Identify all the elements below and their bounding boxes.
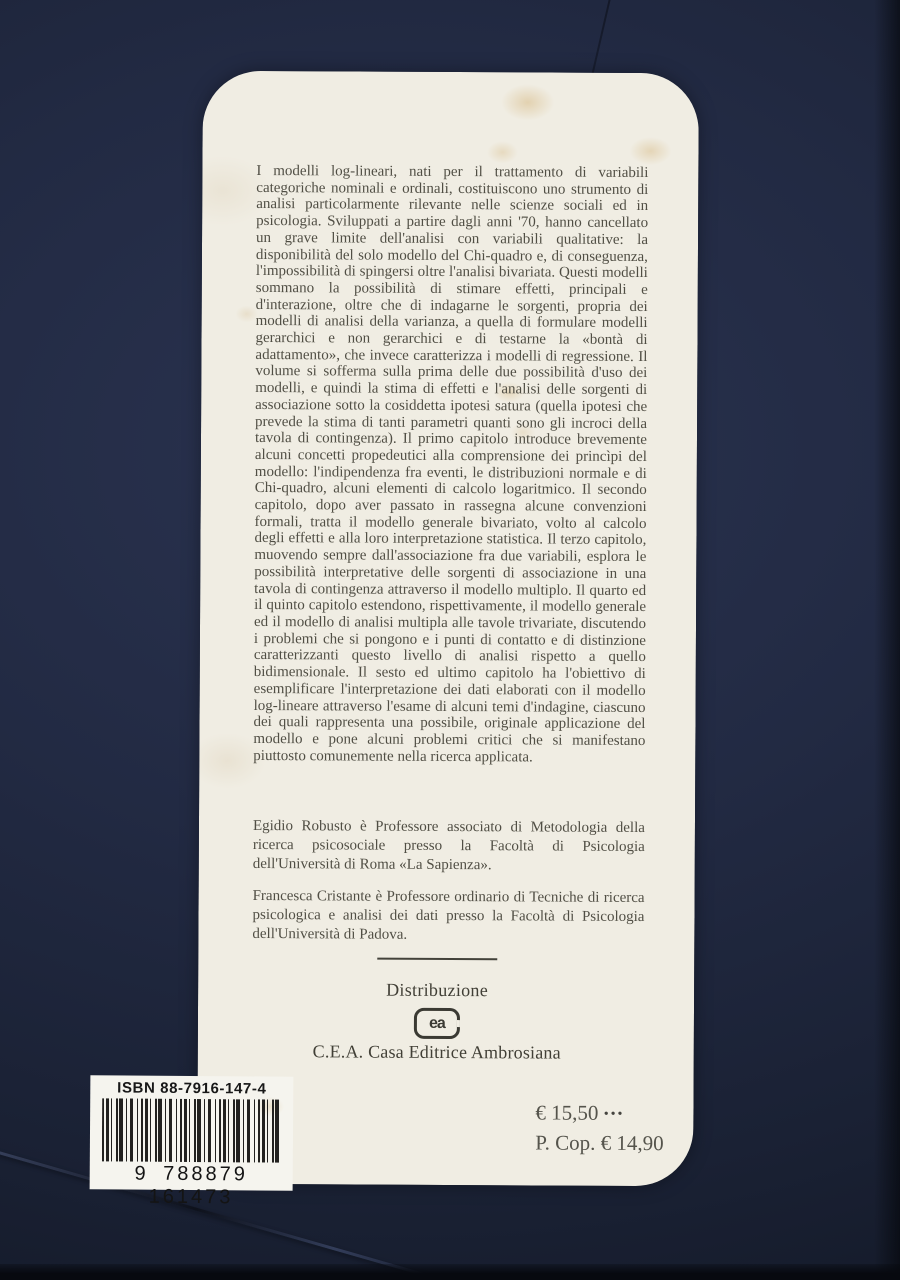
book-back-cover: I modelli log-lineari, nati per il tratt… [0,0,900,1280]
isbn-number: ISBN 88-7916-147-4 [90,1079,293,1097]
back-cover-panel: I modelli log-lineari, nati per il tratt… [197,71,699,1187]
author-bio-cristante: Francesca Cristante è Professore ordinar… [252,887,644,946]
cea-logo-text: ea [429,1015,445,1032]
barcode-bars-icon [102,1098,281,1162]
publisher-name: C.E.A. Casa Editrice Ambrosiana [189,1041,685,1065]
cover-edge-shadow-right [874,0,900,1280]
price-amount: € 15,50 [535,1100,598,1124]
distribution-label: Distribuzione [189,979,685,1003]
divider-rule [377,958,497,961]
author-bio-robusto: Egidio Robusto è Professore associato di… [253,817,645,876]
cover-edge-shadow-bottom [0,1264,900,1280]
price-block: € 15,50 ••• P. Cop. € 14,90 [535,1098,664,1158]
cea-logo-gap [457,1020,460,1027]
price-line-main: € 15,50 ••• [535,1098,664,1129]
book-blurb: I modelli log-lineari, nati per il tratt… [253,163,648,766]
price-cover: P. Cop. € 14,90 [535,1128,664,1158]
distribution-block: Distribuzione ea C.E.A. Casa Editrice Am… [189,957,686,1065]
cea-logo-icon: ea [414,1008,460,1039]
price-dots: ••• [604,1107,625,1122]
ean-digits: 9 788879 161473 [89,1162,292,1209]
isbn-barcode-box: ISBN 88-7916-147-4 9 788879 161473 [90,1075,294,1190]
